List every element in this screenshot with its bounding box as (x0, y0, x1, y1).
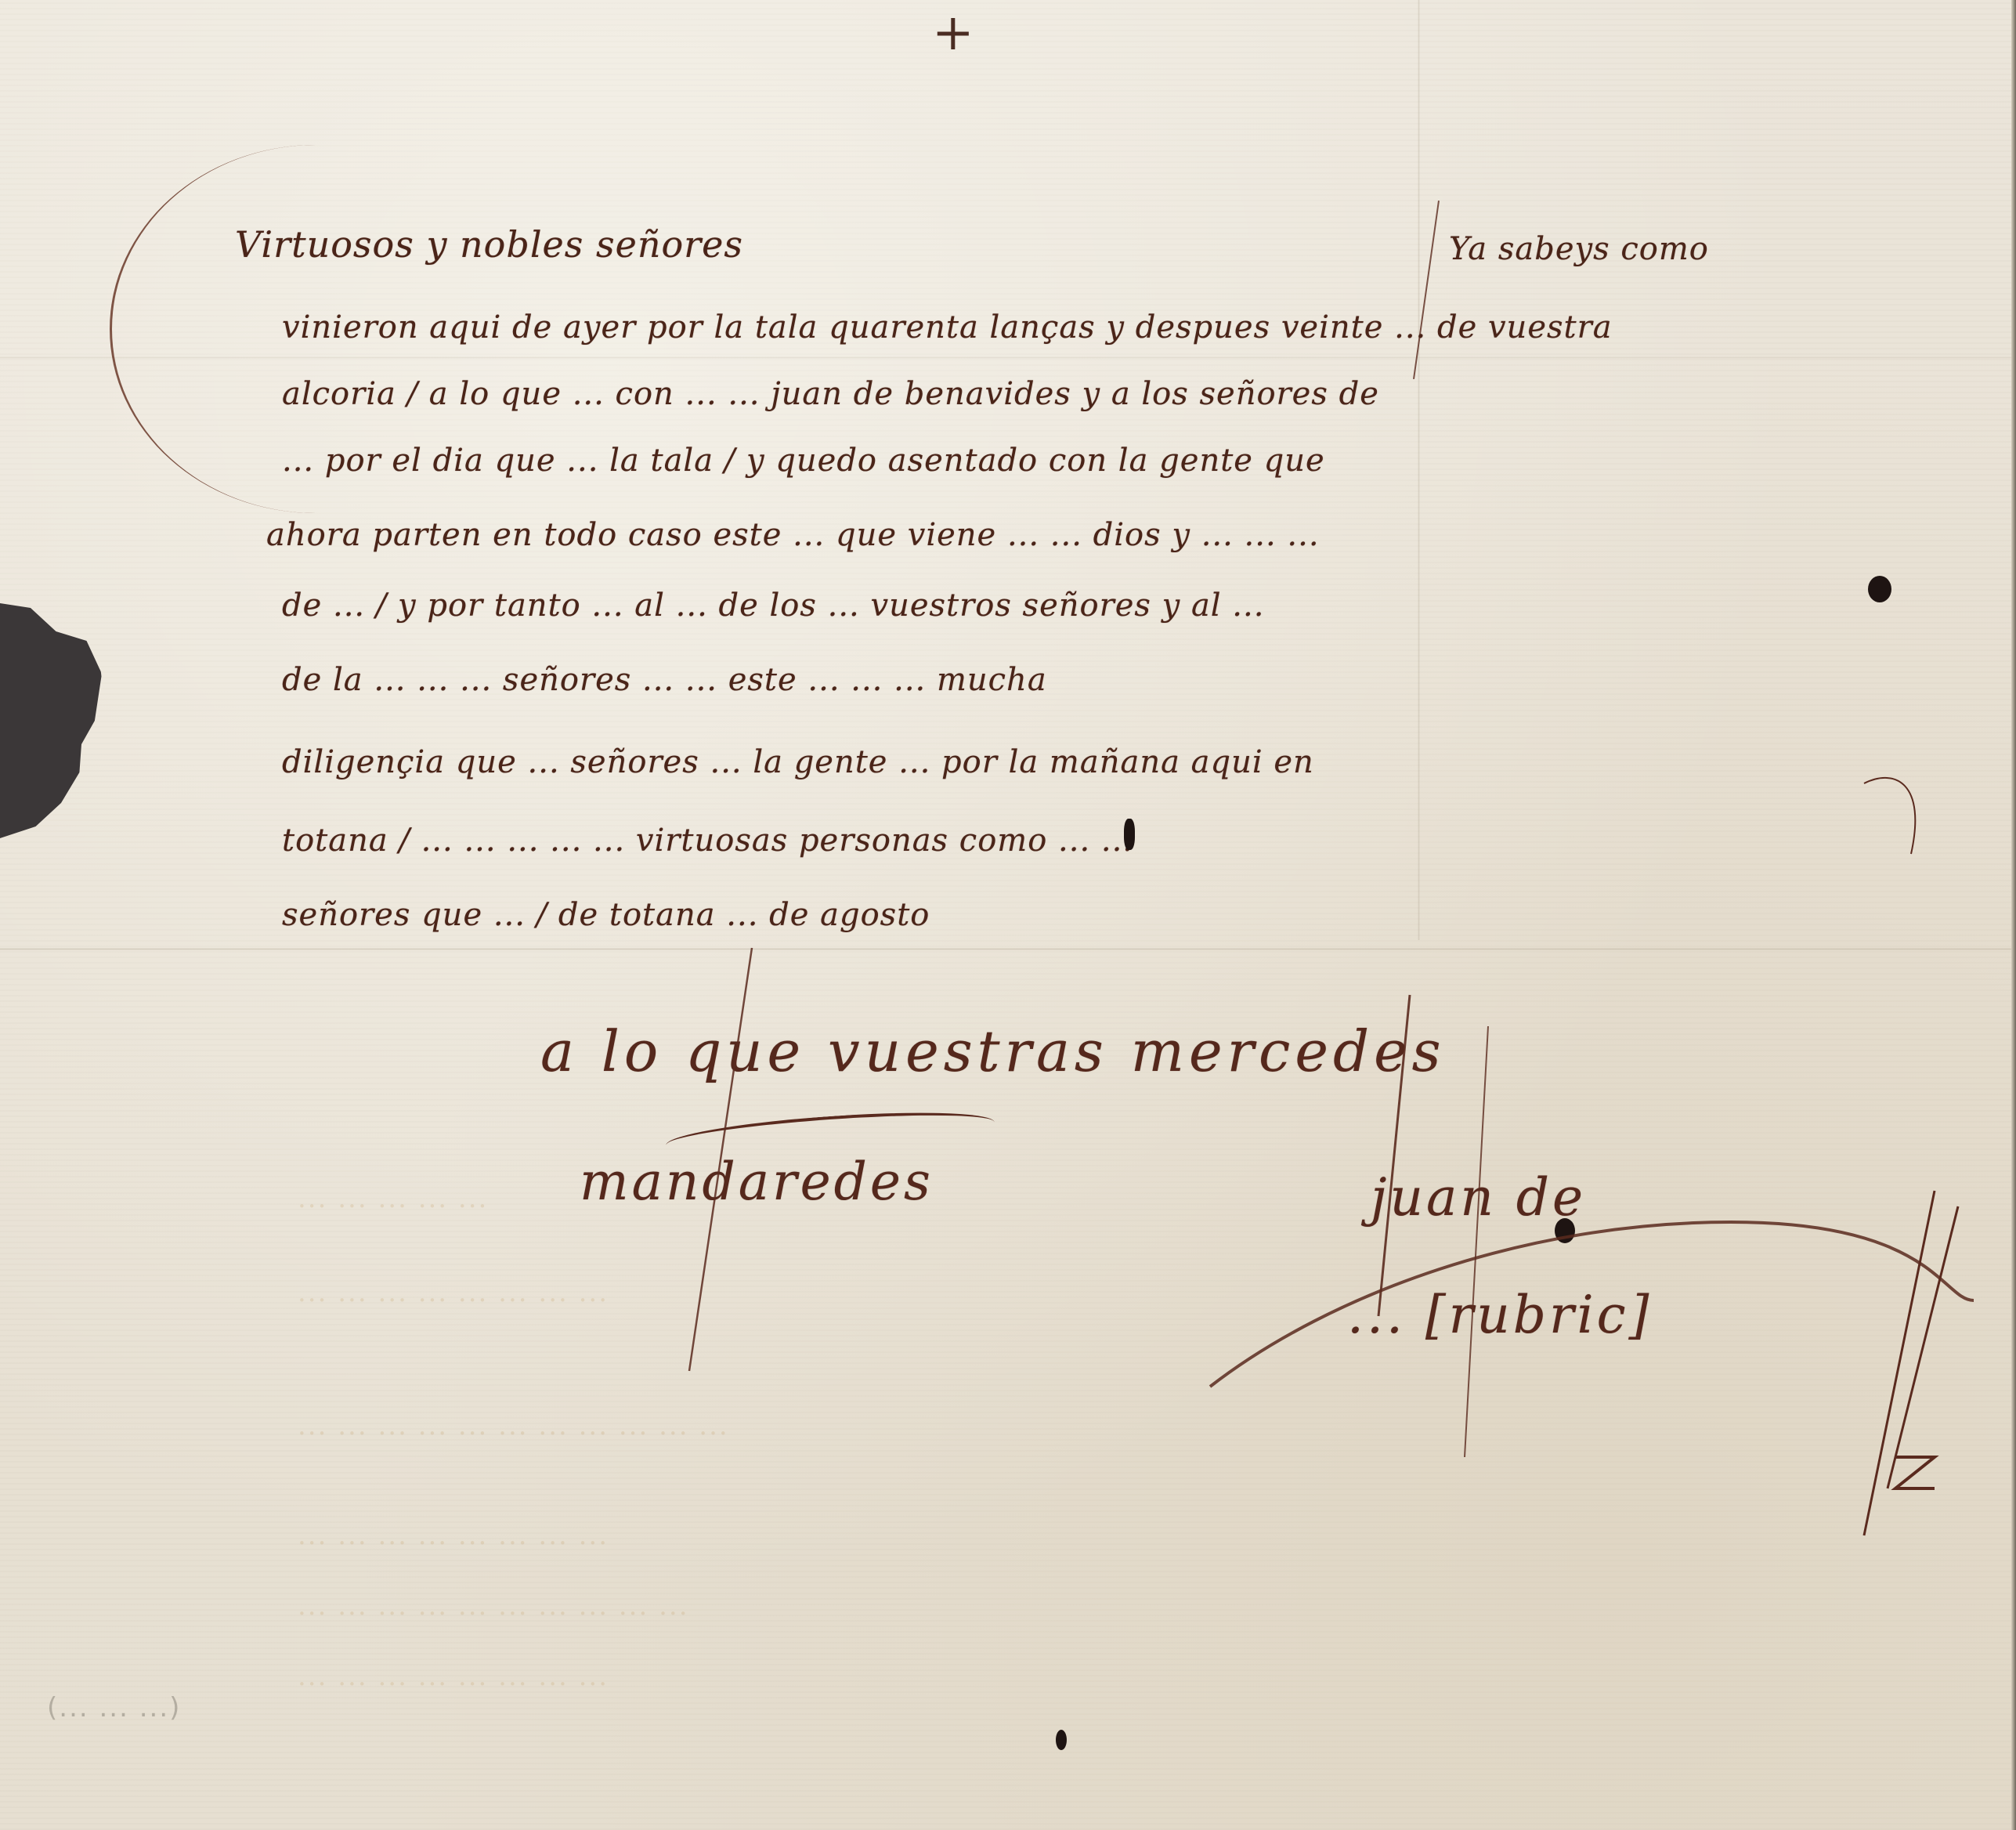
signature-strokes (0, 0, 2016, 1830)
manuscript-page: + ... ... ... ... ... ... ... ... ... ..… (0, 0, 2016, 1830)
archival-pencil-note: (... ... ...) (47, 1692, 181, 1723)
